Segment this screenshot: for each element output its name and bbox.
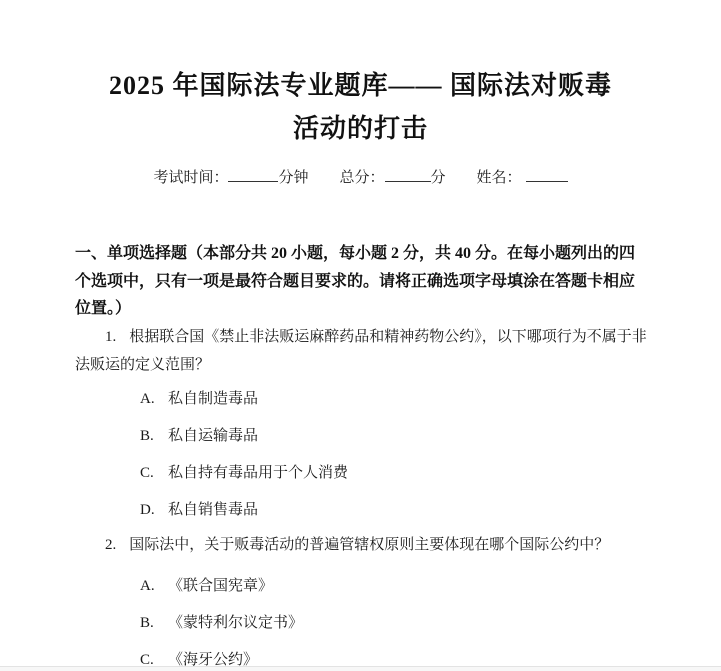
question-1: 1.根据联合国《禁止非法贩运麻醉药品和精神药物公约》，以下哪项行为不属于非法贩运… (75, 323, 650, 379)
question-2-option-a: A.《联合国宪章》 (140, 568, 650, 605)
option-text: 私自持有毒品用于个人消费 (168, 465, 348, 481)
option-text: 《蒙特利尔议定书》 (168, 615, 303, 631)
question-1-option-c: C.私自持有毒品用于个人消费 (140, 455, 650, 492)
exam-time-label: 考试时间： (153, 170, 228, 186)
option-letter: D. (140, 492, 156, 529)
question-1-options: A.私自制造毒品 B.私自运输毒品 C.私自持有毒品用于个人消费 D.私自销售毒… (140, 381, 650, 529)
question-1-option-d: D.私自销售毒品 (140, 492, 650, 529)
page-bottom-edge (0, 666, 721, 671)
question-1-option-a: A.私自制造毒品 (140, 381, 650, 418)
exam-title: 2025 年国际法专业题库—— 国际法对贩毒 活动的打击 (0, 64, 721, 150)
question-2-text: 国际法中，关于贩毒活动的普遍管辖权原则主要体现在哪个国际公约中？ (129, 537, 609, 553)
exam-time-unit: 分钟 (278, 170, 308, 186)
total-score-blank (385, 167, 431, 182)
question-1-text: 根据联合国《禁止非法贩运麻醉药品和精神药物公约》，以下哪项行为不属于非法贩运的定… (75, 329, 647, 373)
name-label: 姓名： (477, 170, 522, 186)
question-2-option-b: B.《蒙特利尔议定书》 (140, 605, 650, 642)
option-text: 私自销售毒品 (168, 502, 258, 518)
total-score-group: 总分：分 (339, 167, 445, 188)
name-group: 姓名： (477, 167, 568, 188)
section-instructions-line-1: 一、单项选择题（本部分共 20 小题，每小题 2 分，共 40 分。在每小题列出… (75, 240, 653, 268)
name-blank (526, 167, 568, 182)
total-score-label: 总分： (339, 170, 384, 186)
question-1-number: 1. (105, 329, 116, 345)
option-letter: B. (140, 418, 156, 455)
exam-meta-row: 考试时间：分钟 总分：分 姓名： (0, 167, 721, 188)
question-2-number: 2. (105, 537, 116, 553)
section-instructions: 一、单项选择题（本部分共 20 小题，每小题 2 分，共 40 分。在每小题列出… (75, 240, 653, 323)
exam-title-line-1: 2025 年国际法专业题库—— 国际法对贩毒 (0, 64, 721, 107)
total-score-unit: 分 (431, 170, 446, 186)
exam-time-group: 考试时间：分钟 (153, 167, 308, 188)
question-2: 2.国际法中，关于贩毒活动的普遍管辖权原则主要体现在哪个国际公约中？ (75, 531, 650, 559)
exam-document-page: 2025 年国际法专业题库—— 国际法对贩毒 活动的打击 考试时间：分钟 总分：… (0, 0, 721, 671)
question-2-options: A.《联合国宪章》 B.《蒙特利尔议定书》 C.《海牙公约》 (140, 568, 650, 671)
option-letter: C. (140, 455, 156, 492)
option-text: 私自运输毒品 (168, 428, 258, 444)
exam-time-blank (228, 167, 278, 182)
option-text: 私自制造毒品 (168, 391, 258, 407)
section-instructions-line-2: 个选项中，只有一项是最符合题目要求的。请将正确选项字母填涂在答题卡相应 (75, 268, 653, 296)
question-1-option-b: B.私自运输毒品 (140, 418, 650, 455)
section-instructions-line-3: 位置。） (75, 295, 653, 323)
option-letter: B. (140, 605, 156, 642)
option-text: 《联合国宪章》 (168, 578, 273, 594)
option-letter: A. (140, 381, 156, 418)
option-letter: A. (140, 568, 156, 605)
exam-title-line-2: 活动的打击 (0, 107, 721, 150)
